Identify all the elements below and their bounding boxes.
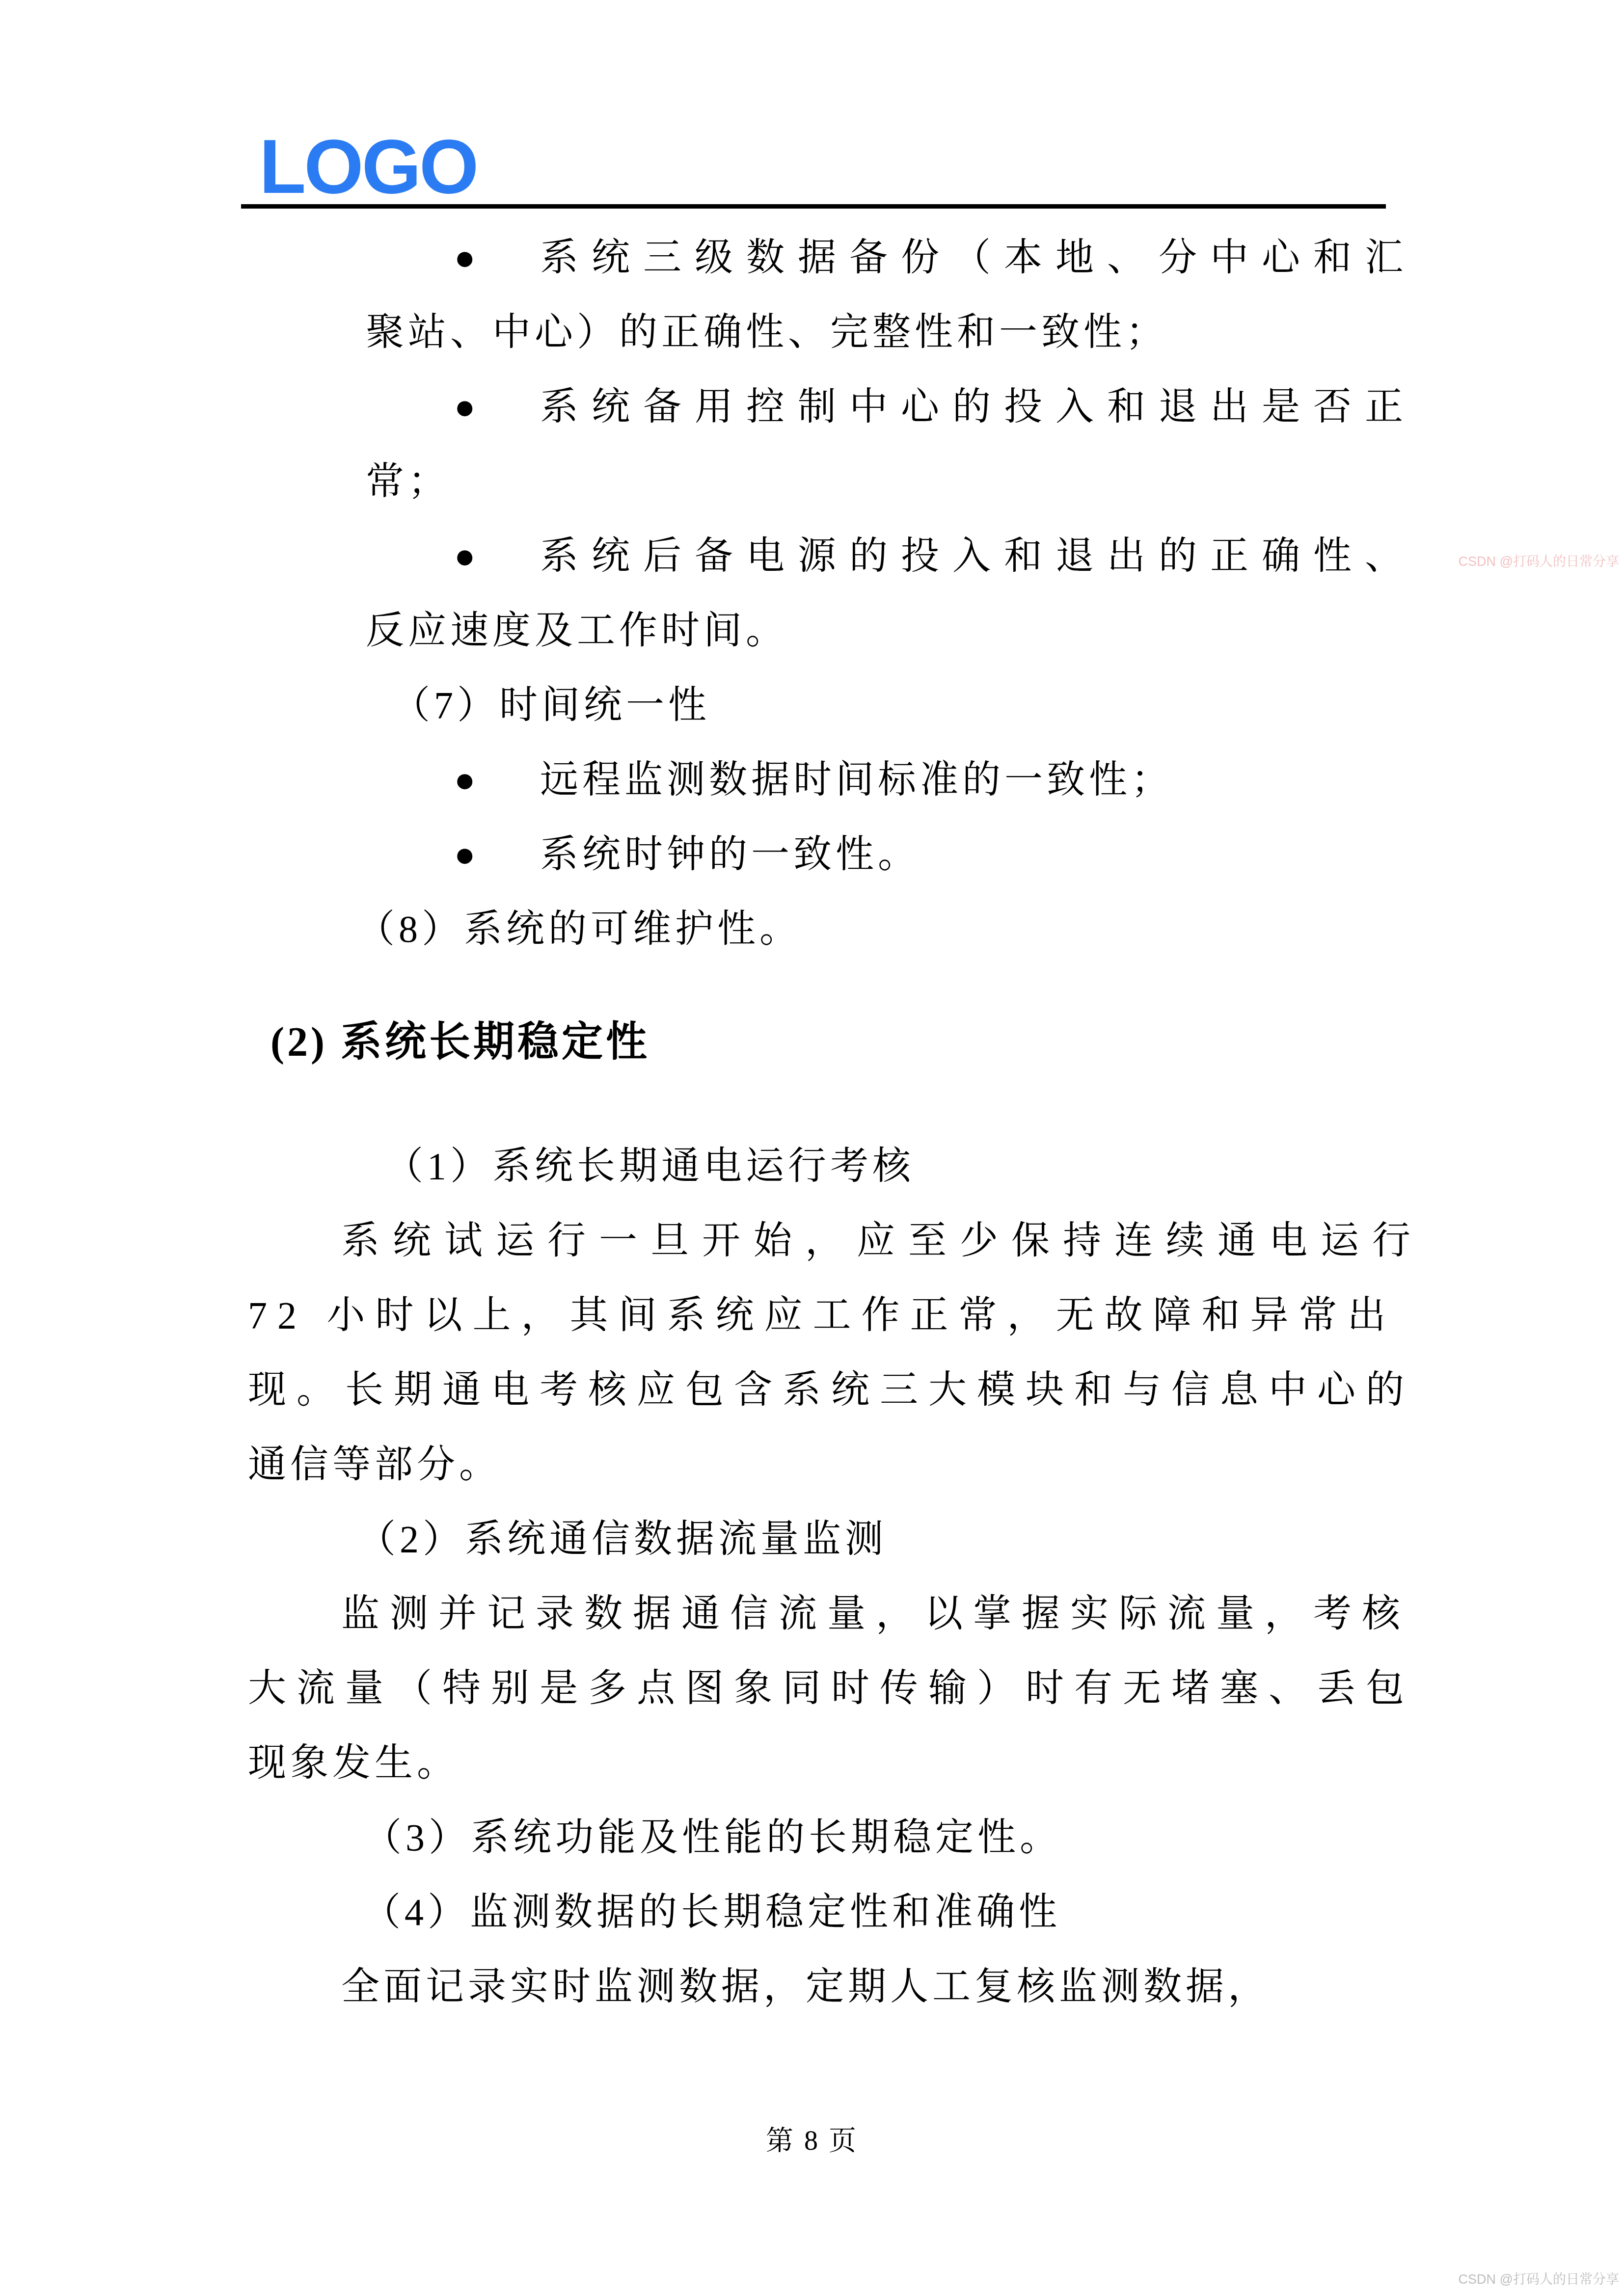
bullet-item: ●远程监测数据时间标准的一致性； bbox=[245, 743, 1418, 817]
document-page: LOGO ●系统三级数据备份（本地、分中心和汇聚站、中心）的正确性、完整性和一致… bbox=[0, 0, 1624, 2296]
line-text: （2）系统通信数据流量监测 bbox=[357, 1518, 887, 1560]
bullet-icon: ● bbox=[454, 519, 476, 593]
line-text: 大流量（特别是多点图象同时传输）时有无堵塞、丢包 bbox=[248, 1667, 1414, 1709]
line-text: （7）时间统一性 bbox=[392, 684, 710, 726]
line-text: 系统备用控制中心的投入和退出是否正 bbox=[540, 385, 1416, 428]
text-line: （2）系统通信数据流量监测 bbox=[245, 1502, 1418, 1576]
text-line: 现。长期通电考核应包含系统三大模块和与信息中心的 bbox=[245, 1353, 1418, 1427]
text-line: 常； bbox=[245, 444, 1418, 519]
watermark-bottom: CSDN @打码人的日常分享 bbox=[1459, 2271, 1619, 2287]
header-rule bbox=[241, 204, 1386, 209]
line-text: 常； bbox=[366, 460, 450, 503]
line-text: 现象发生。 bbox=[248, 1741, 459, 1784]
line-text: 现。长期通电考核应包含系统三大模块和与信息中心的 bbox=[248, 1368, 1414, 1411]
bullet-icon: ● bbox=[454, 220, 476, 295]
line-text: 远程监测数据时间标准的一致性； bbox=[540, 758, 1173, 801]
line-text: 系统后备电源的投入和退出的正确性、 bbox=[540, 534, 1416, 577]
text-line: 大流量（特别是多点图象同时传输）时有无堵塞、丢包 bbox=[245, 1651, 1418, 1726]
line-text: 反应速度及工作时间。 bbox=[366, 609, 788, 652]
text-line: 监测并记录数据通信流量，以掌握实际流量，考核 bbox=[245, 1576, 1418, 1651]
line-text: （8）系统的可维护性。 bbox=[356, 908, 802, 950]
bullet-item: ●系统三级数据备份（本地、分中心和汇 bbox=[245, 220, 1418, 295]
section-heading: (2) 系统长期稳定性 bbox=[245, 1005, 1418, 1080]
text-line: 聚站、中心）的正确性、完整性和一致性； bbox=[245, 295, 1418, 370]
text-line: 72 小时以上，其间系统应工作正常，无故障和异常出 bbox=[245, 1278, 1418, 1353]
line-text: 系统试运行一旦开始，应至少保持连续通电运行 bbox=[341, 1219, 1424, 1262]
line-text: （3）系统功能及性能的长期稳定性。 bbox=[363, 1816, 1062, 1859]
line-text: 全面记录实时监测数据，定期人工复核监测数据， bbox=[341, 1965, 1270, 2008]
line-text: (2) 系统长期稳定性 bbox=[271, 1019, 650, 1065]
line-text: 系统时钟的一致性。 bbox=[540, 833, 920, 876]
line-text: 聚站、中心）的正确性、完整性和一致性； bbox=[366, 311, 1168, 353]
logo: LOGO bbox=[259, 129, 477, 205]
text-line: 全面记录实时监测数据，定期人工复核监测数据， bbox=[245, 1949, 1418, 2024]
line-text: （4）监测数据的长期稳定性和准确性 bbox=[362, 1891, 1061, 1933]
text-line: （8）系统的可维护性。 bbox=[245, 892, 1418, 966]
text-line: 系统试运行一旦开始，应至少保持连续通电运行 bbox=[245, 1203, 1418, 1278]
line-text: （1）系统长期通电运行考核 bbox=[385, 1145, 915, 1187]
bullet-icon: ● bbox=[454, 743, 476, 817]
line-text: 系统三级数据备份（本地、分中心和汇 bbox=[540, 236, 1416, 279]
watermark-side: CSDN @打码人的日常分享 bbox=[1459, 554, 1619, 569]
text-line: （3）系统功能及性能的长期稳定性。 bbox=[245, 1800, 1418, 1875]
bullet-item: ●系统时钟的一致性。 bbox=[245, 817, 1418, 892]
text-line: （7）时间统一性 bbox=[245, 668, 1418, 743]
line-text: 72 小时以上，其间系统应工作正常，无故障和异常出 bbox=[248, 1294, 1396, 1336]
page-number: 第 8 页 bbox=[0, 2121, 1624, 2161]
bullet-item: ●系统后备电源的投入和退出的正确性、 bbox=[245, 519, 1418, 593]
bullet-item: ●系统备用控制中心的投入和退出是否正 bbox=[245, 370, 1418, 444]
line-text: 通信等部分。 bbox=[248, 1443, 501, 1486]
bullet-icon: ● bbox=[454, 370, 476, 444]
text-line: 通信等部分。 bbox=[245, 1427, 1418, 1502]
text-line: （4）监测数据的长期稳定性和准确性 bbox=[245, 1875, 1418, 1949]
text-line: 现象发生。 bbox=[245, 1726, 1418, 1800]
text-line: （1）系统长期通电运行考核 bbox=[245, 1129, 1418, 1203]
text-line: 反应速度及工作时间。 bbox=[245, 593, 1418, 668]
bullet-icon: ● bbox=[454, 817, 476, 892]
document-body: ●系统三级数据备份（本地、分中心和汇聚站、中心）的正确性、完整性和一致性；●系统… bbox=[245, 220, 1418, 2024]
line-text: 监测并记录数据通信流量，以掌握实际流量，考核 bbox=[341, 1592, 1410, 1635]
